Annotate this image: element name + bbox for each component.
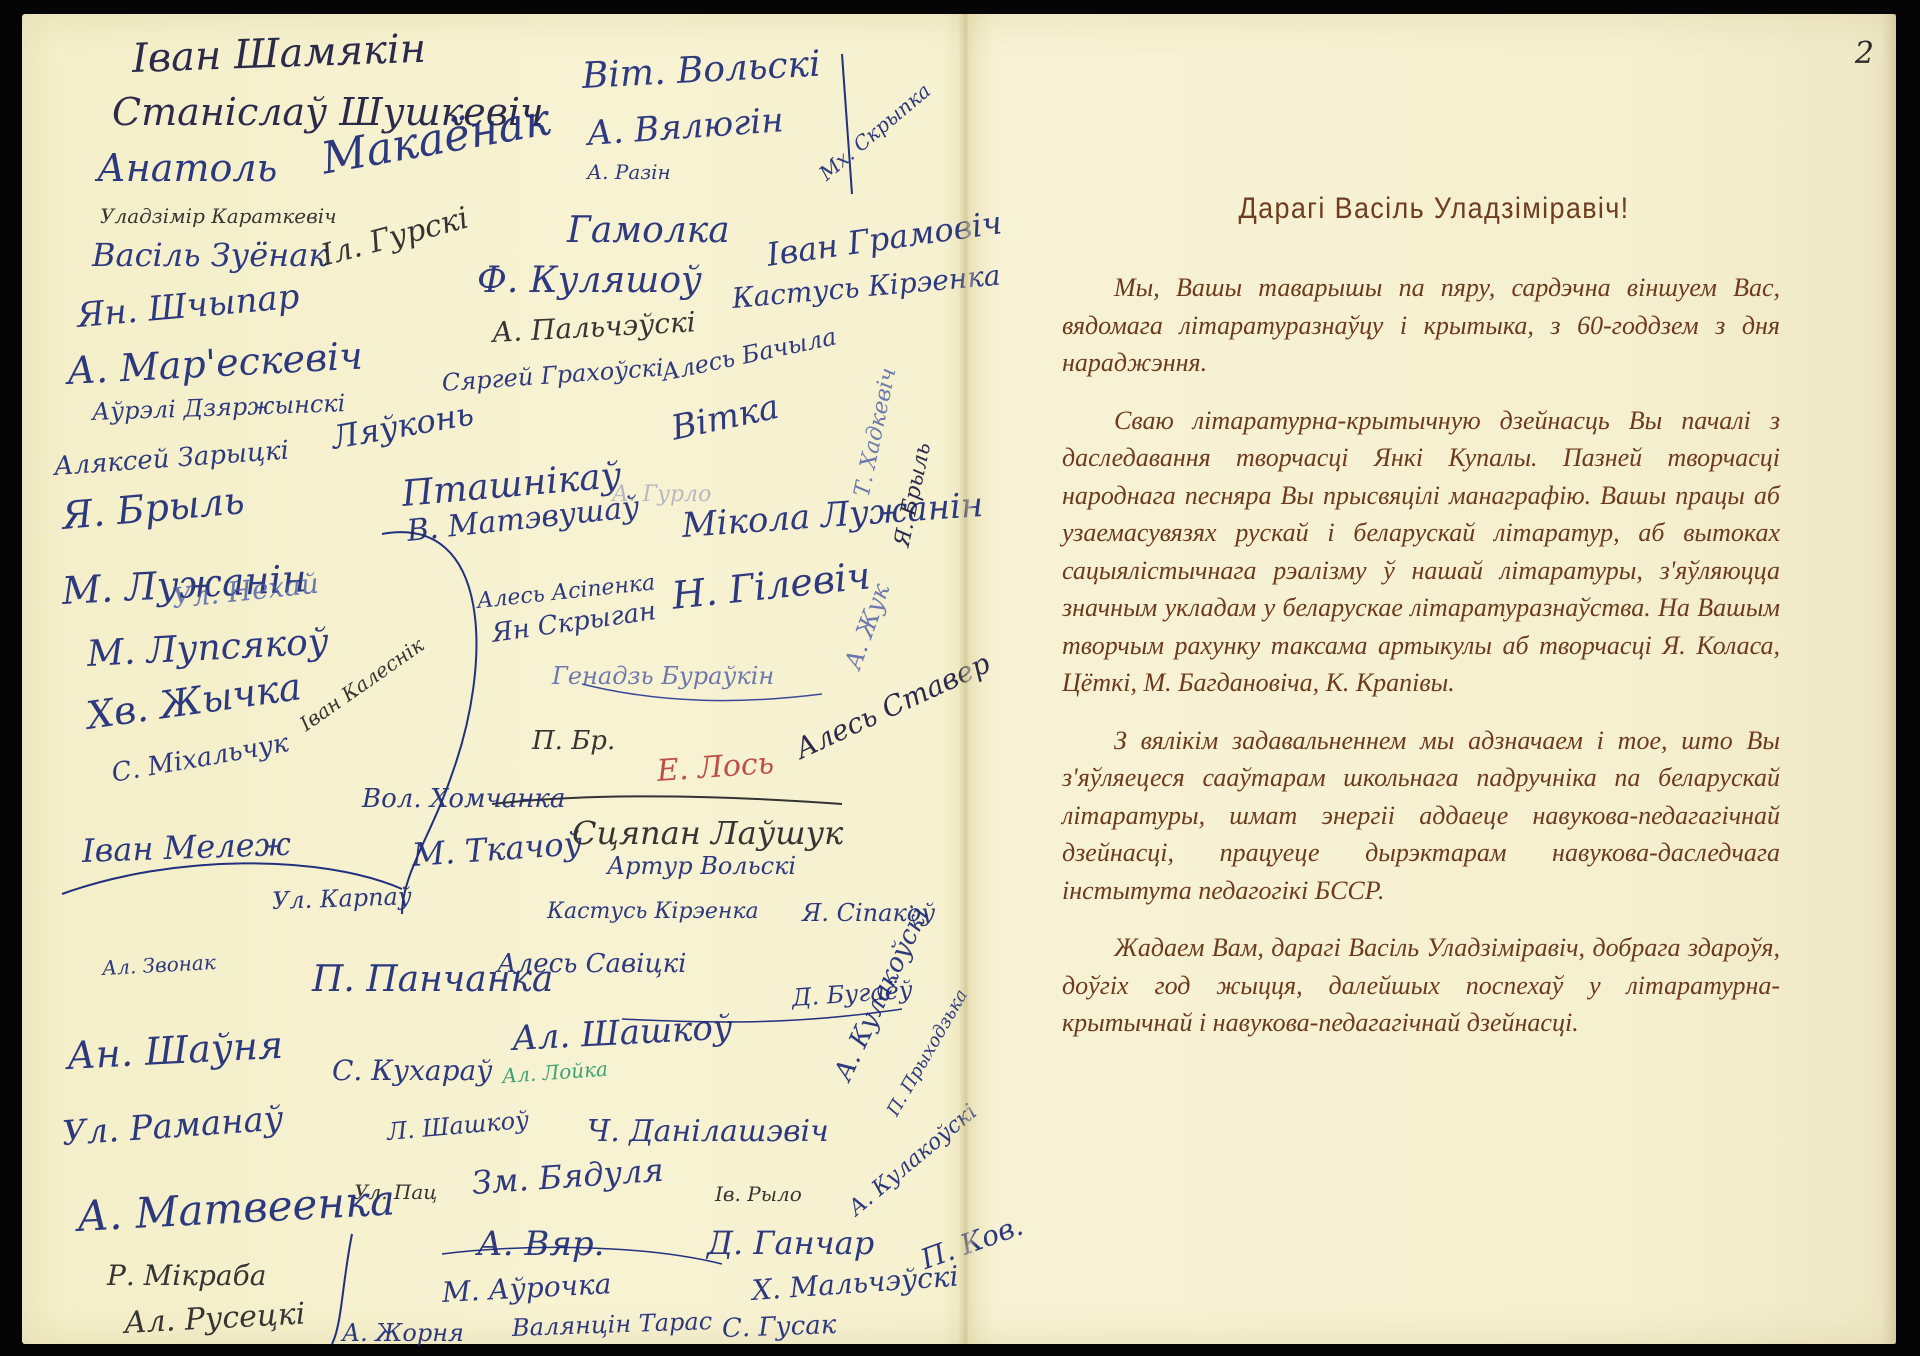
handwritten-signature: Іл. Гурскі (317, 201, 472, 274)
handwritten-signature: Уладзімір Караткевіч (100, 204, 337, 228)
handwritten-signature: Васіль Зуёнак (92, 236, 327, 274)
handwritten-signature: А. Вяр. (477, 1224, 604, 1264)
handwritten-signature: А. Мар'ескевіч (66, 334, 364, 393)
handwritten-signature: Т. Хадкевіч (850, 366, 902, 499)
handwritten-signature: Ул. Карпаў (272, 882, 413, 915)
handwritten-signature: Хв. Жычка (84, 664, 304, 738)
page-edge (1882, 14, 1896, 1344)
handwritten-signature: Артур Вольскі (607, 852, 796, 880)
letter-paragraph: Мы, Вашы таварышы па пяру, сардэчна вінш… (1062, 269, 1780, 382)
handwritten-signature: Ал. Звонак (101, 950, 216, 980)
handwritten-signature: Ан. Шаўня (66, 1023, 284, 1078)
handwritten-signature: Валянцін Тарас (512, 1307, 713, 1342)
letter-page: 2 Дарагі Васіль Уладзіміравіч! Мы, Вашы … (972, 14, 1896, 1344)
handwritten-signature: Мх. Скрыпка (814, 78, 935, 185)
handwritten-signature: Іван Шамякін (131, 26, 427, 82)
signatures-page: Іван ШамякінСтаніслаў ШушкевічВіт. Вольс… (22, 14, 967, 1344)
handwritten-signature: Ал. Лойка (501, 1057, 608, 1088)
handwritten-signature: Вол. Хомчанка (362, 784, 565, 814)
page-number: 2 (1855, 36, 1874, 71)
handwritten-signature: Е. Лось (656, 746, 775, 789)
handwritten-signature: Сяргей Грахоўскі (441, 354, 664, 397)
handwritten-signature: Ал. Русецкі (123, 1297, 306, 1341)
handwritten-signature: Ф. Куляшоў (477, 260, 702, 301)
letter-paragraph: Жадаем Вам, дарагі Васіль Уладзіміравіч,… (1062, 929, 1780, 1042)
handwritten-signature: М. Аўрочка (441, 1267, 612, 1309)
handwritten-signature: А. Матвеенка (76, 1175, 396, 1241)
handwritten-signature: Іван Мележ (81, 825, 291, 870)
handwritten-signature: П. Бр. (532, 726, 615, 756)
handwritten-signature: Ляўконь (329, 394, 477, 456)
letter-greeting: Дарагі Васіль Уладзіміравіч! (1018, 192, 1850, 226)
handwritten-signature: С. Гусак (721, 1310, 836, 1344)
handwritten-signature: А. Вялюгін (586, 100, 785, 154)
handwritten-signature: Аляксей Зарыцкі (53, 436, 290, 482)
handwritten-signature: Вітка (668, 387, 783, 449)
handwritten-signature: Ул. Раманаў (61, 1099, 285, 1154)
handwritten-signature: Аўрэлі Дзяржынскі (92, 389, 346, 426)
handwritten-signature: Ч. Данілашэвіч (587, 1114, 829, 1149)
letter-paragraph: З вялікім задавальненнем мы адзначаем і … (1062, 722, 1780, 910)
handwritten-signature: Анатоль (97, 146, 277, 190)
handwritten-signature: М. Ткачоў (411, 824, 584, 874)
handwritten-signature: Віт. Вольскі (581, 44, 822, 97)
handwritten-signature: Л. Шашкоў (386, 1106, 530, 1146)
handwritten-signature: А. Жорня (342, 1319, 464, 1347)
handwritten-signature: Я. Брыль (60, 478, 246, 538)
handwritten-signature: Н. Гілевіч (670, 553, 873, 618)
handwritten-signature: А. Разін (587, 160, 671, 184)
handwritten-signature: Р. Мікраба (107, 1259, 266, 1292)
handwritten-signature: С. Кухараў (332, 1054, 492, 1087)
handwritten-signature: А. Пальчэўскі (491, 305, 696, 349)
handwritten-signature: Ів. Рыло (715, 1182, 802, 1206)
letter-body: Мы, Вашы таварышы па пяру, сардэчна вінш… (1062, 269, 1780, 1062)
handwritten-signature: Д. Ганчар (707, 1224, 874, 1262)
handwritten-signature: Сцяпан Лаўшук (572, 814, 843, 852)
handwritten-signature: Мікола Лужанін (681, 485, 985, 546)
handwritten-signature: С. Міхальчук (109, 728, 291, 789)
handwritten-signature: Гамолка (567, 210, 730, 251)
handwritten-signature: Зм. Бядуля (471, 1151, 665, 1202)
handwritten-signature: Х. Мальчэўскі (751, 1260, 960, 1307)
handwritten-signature: Ян. Шчыпар (75, 277, 301, 336)
handwritten-signature: Алесь Савіцкі (497, 949, 686, 979)
letter-paragraph: Сваю літаратурна-крытычную дзейнасць Вы … (1062, 402, 1780, 702)
handwritten-signature: Кастусь Кірэенка (547, 899, 759, 924)
greeting-card: Іван ШамякінСтаніслаў ШушкевічВіт. Вольс… (22, 14, 1896, 1344)
handwritten-signature: Ал. Шашкоў (511, 1007, 734, 1059)
handwritten-signature: Генадзь Бураўкін (552, 662, 774, 690)
